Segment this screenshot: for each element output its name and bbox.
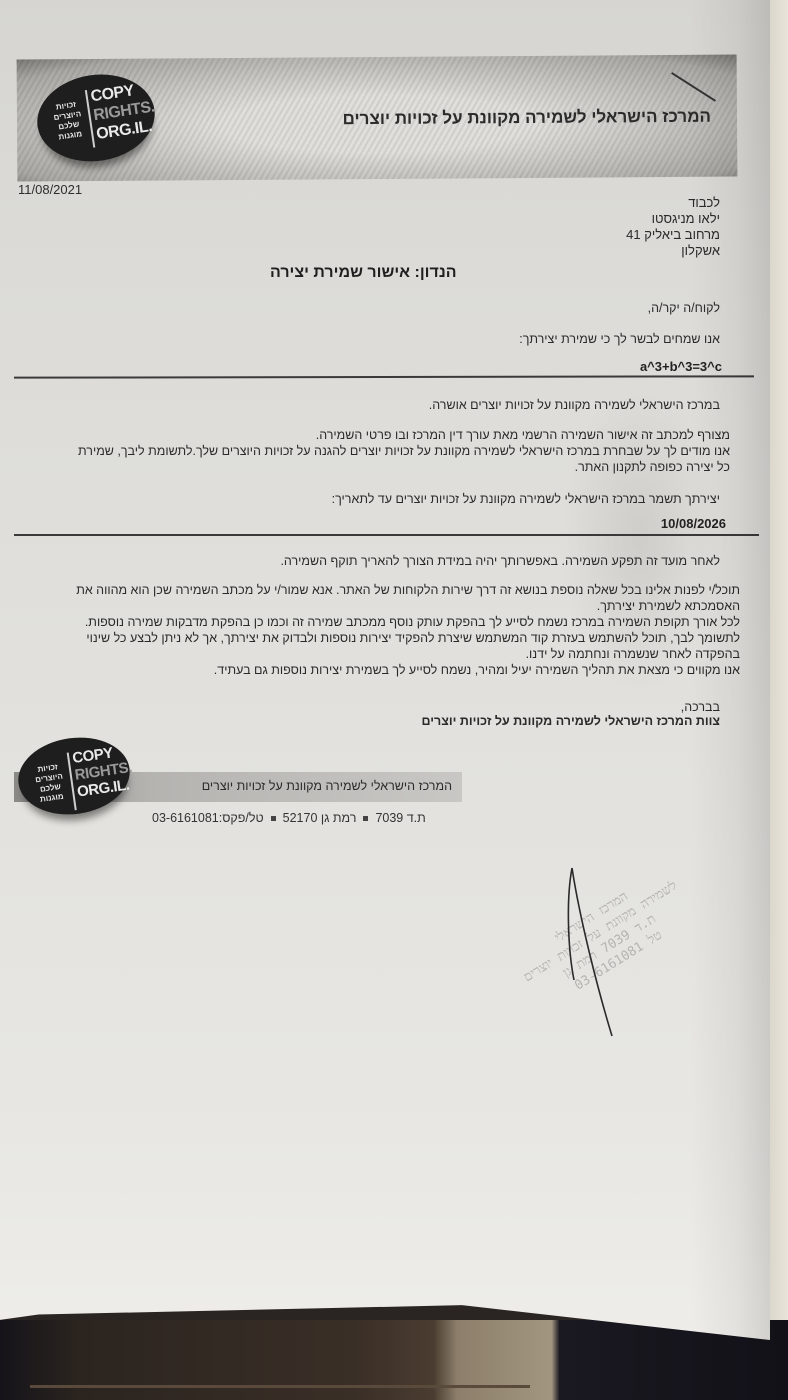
footer-logo: זכויות היוצרים שלכם מוגנות COPY RIGHTS. … [13, 731, 134, 822]
bullet-icon [271, 816, 276, 821]
city-zip: רמת גן 52170 [283, 811, 357, 825]
pen-mark [671, 72, 716, 102]
expiry-note: לאחר מועד זה תפקע השמירה. באפשרותך יהיה … [280, 553, 720, 569]
logo-english: COPY RIGHTS. ORG.IL. [71, 742, 135, 800]
recipient-name: ילאו מניגסטו [626, 211, 720, 227]
retention-line: יצירתך תשמר במרכז הישראלי לשמירה מקוונת … [332, 491, 720, 507]
logo-hebrew: זכויות היוצרים שלכם מוגנות [28, 761, 71, 806]
bullet-icon [363, 816, 368, 821]
floor-detail [30, 1385, 530, 1388]
intro-line: אנו שמחים לבשר לך כי שמירת יצירתך: [519, 331, 720, 347]
greeting: לקוח/ה יקר/ה, [648, 300, 720, 316]
info-paragraph: תוכל/י לפנות אלינו בכל שאלה נוספת בנושא … [0, 582, 740, 678]
footer-contact: ת.ד 7039רמת גן 52170טל/פקס:03-6161081 [152, 811, 426, 825]
signature-team: צוות המרכז הישראלי לשמירה מקוונת על זכוי… [422, 713, 720, 729]
recipient-address: לכבוד ילאו מניגסטו מרחוב ביאליק 41 אשקלו… [626, 195, 720, 259]
recipient-street: מרחוב ביאליק 41 [626, 227, 720, 243]
expiry-date: 10/08/2026 [661, 516, 726, 531]
handwritten-signature [560, 860, 620, 1040]
letter-paper: זכויות היוצרים שלכם מוגנות COPY RIGHTS. … [0, 0, 770, 1340]
footer-title: המרכז הישראלי לשמירה מקוונת על זכויות יו… [202, 779, 452, 793]
salutation: לכבוד [626, 195, 720, 211]
po-box: ת.ד 7039 [375, 811, 425, 825]
divider [14, 375, 754, 378]
logo-hebrew: זכויות היוצרים שלכם מוגנות [46, 99, 89, 144]
phone-fax: טל/פקס:03-6161081 [152, 811, 264, 825]
logo-english: COPY RIGHTS. ORG.IL. [89, 79, 158, 144]
floor-background [0, 1320, 788, 1400]
copyrights-logo: זכויות היוצרים שלכם מוגנות COPY RIGHTS. … [31, 67, 160, 169]
letterhead-banner: זכויות היוצרים שלכם מוגנות COPY RIGHTS. … [17, 54, 738, 181]
letter-date: 11/08/2021 [18, 182, 82, 197]
subject-line: הנדון: אישור שמירת יצירה [270, 264, 457, 282]
divider [14, 534, 759, 536]
letterhead-title: המרכז הישראלי לשמירה מקוונת על זכויות יו… [343, 107, 712, 130]
approved-line: במרכז הישראלי לשמירה מקוונת על זכויות יו… [429, 397, 720, 413]
attachment-paragraph: מצורף למכתב זה אישור השמירה הרשמי מאת עו… [0, 427, 730, 475]
recipient-city: אשקלון [626, 243, 720, 259]
work-title: a^3+b^3=3^c [640, 359, 722, 374]
